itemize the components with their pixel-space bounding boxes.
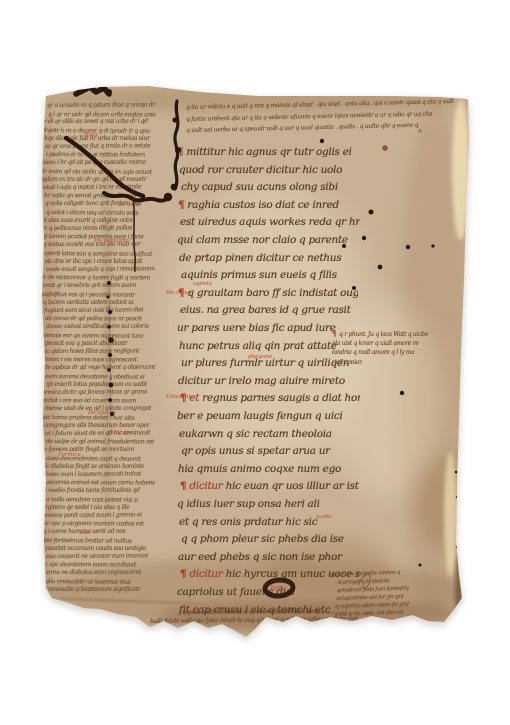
gloss-line: formica dicitr qsi ferens micas qr grana [40, 388, 172, 396]
gloss-rubric-word: De aqila [118, 202, 141, 208]
gloss-rubric-word: Leo [80, 530, 90, 536]
gloss-line: q oclis caligatr tunc qrit fontem aqe [45, 200, 177, 207]
main-text-line: ber e peuam laugis fengun q uici [177, 410, 357, 422]
gloss-line: sic dns nr ihc xpc i cruce latus apuit [45, 258, 177, 265]
margin-note-line: ¶q r phunt. Ju q laca Watt q uicbo [332, 330, 458, 338]
gloss-line: leo fortissimus bestiar ad nullius [44, 537, 176, 545]
main-text-line: ur pares uere bias fic apud iure [177, 322, 357, 334]
gloss-line: hr aqila qn senuit grauatr alis suis [44, 192, 176, 199]
main-text-line: ¶dicitur hic euan qr uos illiur ar ist [180, 480, 360, 492]
gloss-line: unde exiuit sanguis q aqa i remissionem [46, 265, 178, 273]
gloss-line: unicornis animal est unum cornu habens [44, 479, 176, 486]
main-text-line: de prtap pinen dicitur ce nethus [179, 252, 359, 264]
gloss-line: uiuit i aqis q reptat i tra nr est simil… [43, 183, 175, 191]
gloss-line: a nullo uenatore capi potest nisi p [46, 496, 178, 504]
gloss-line: qn exierit totus populus cum eo uadit [46, 381, 178, 388]
main-text-line: qui clam msse nor claio q parente [177, 234, 357, 246]
main-text-line: capriolus ut fauens dici [177, 586, 357, 598]
gloss-line: de apibus dr qd rege habent q obseruant [44, 364, 176, 371]
gloss-line: i psalmo dr tu es qi rstituis hrdtatem [46, 151, 178, 158]
gloss-line: fugiunt eam sicut auis illa lucem diei [44, 306, 176, 314]
gloss-line: dr q pellicanus nimis diligit pullos [41, 224, 173, 232]
interlinear-rubric-word: q.ono [316, 514, 331, 520]
rubric-paraph-mark: ¶ [180, 480, 186, 492]
manuscript-wrap: ut qr a uraudo ro q pstura thoz q unaqa … [0, 0, 510, 725]
main-text-line: eius. na grea bares id q grue rasit [180, 304, 360, 316]
gloss-line: q i carne humana uenit ad nos [43, 528, 175, 535]
interlinear-rubric-word: nor [270, 584, 282, 592]
rubric-paraph-mark: ¶ [180, 568, 186, 580]
margin-note-line: riall conier. [332, 359, 458, 366]
gloss-line: i pennis eor qn autem nigrescunt tunc [40, 332, 172, 340]
rubric-paraph-mark: ¶ [332, 330, 336, 338]
gloss-line: tr di qr alibi sic tenet q nisi urba dr … [42, 118, 174, 125]
main-text-line: eukarwn q sic rectam theoloia [179, 428, 359, 440]
photo-canvas: ut qr a uraudo ro q pstura thoz q unaqa … [0, 0, 510, 725]
main-text-line: q idius iuer sup onsa heri ali [177, 498, 357, 510]
gloss-line: ibi alas suas exurit q caligine oclor [40, 217, 172, 224]
interlinear-rubric-word: phegune [248, 354, 272, 360]
gloss-line: ueniens ponit caput suum i gremio ei [41, 511, 173, 519]
gloss-line: dr de nicticorace q lucem fugit q noctem [40, 274, 172, 281]
gloss-line: q uolat i altum usq ad circulu solis [46, 209, 178, 217]
gloss-line: sz qr oms poere fiut q trmlo dr a setate [45, 142, 177, 150]
gloss-line: dr enim qd oia aialia qdam ex aqis oriun… [41, 168, 173, 176]
brown-stain-dot [382, 145, 388, 151]
gloss-rubric-word: Unicornis [166, 394, 193, 400]
gloss-line: sic xpc diuinitatem suam occultauit [40, 561, 172, 568]
gloss-rubric-word: De apibus [88, 410, 116, 416]
main-text-line: ¶et regnus parnes saugis a diat homine [180, 392, 360, 404]
gloss-line: i carne ne diabolus eum cognosceret [41, 569, 173, 576]
rubric-word: dicitur [189, 480, 222, 492]
gloss-line: eum summa deuotione q obediunt ei [45, 373, 177, 381]
rubric-paraph-mark: ¶ [178, 199, 184, 211]
gloss-line: aqila renouabitr ut iuuentus eius [42, 578, 174, 586]
gloss-line: significat eos qi i peccatis morantr [42, 291, 174, 299]
gloss-rubric-word: qd nr [45, 291, 60, 297]
gloss-rubric-word: De pellicano [94, 238, 129, 244]
main-text-line: et q res onis prdatur hic sic [179, 516, 359, 528]
manuscript-page: ut qr a uraudo ro q pstura thoz q unaqa … [0, 0, 510, 725]
margin-note-line: landria q mall amore q l ly ma [332, 349, 458, 356]
main-text-line: chy capud suu acuns olong sibi [181, 181, 361, 193]
main-text-line: quod ror crauter dicitur hic uolo [179, 164, 359, 176]
gloss-line: qdam ex tra sic dr gn qd oe qd mouetr [42, 176, 174, 183]
main-text-line: ¶mittitur hic agnus qr tutr oglis ei [177, 146, 357, 158]
gloss-line: sic xpc p uirginem mariam captus est [42, 520, 174, 527]
main-text-line: aur eed phebs q sic non ise phor [178, 551, 358, 563]
rubric-word: dicitur [189, 568, 222, 580]
gloss-line: portat i ore suo ad cauernam suam [41, 397, 173, 404]
main-text-line: aquinis primus sun eueis q filis [181, 269, 361, 281]
gloss-rubric-word: Formica [58, 452, 81, 458]
main-text-line: ¶q grauitam baro ff sic indistat ougo [178, 287, 358, 299]
gloss-line: miam i hr qd ait ps qi a custodia matna [40, 159, 172, 166]
gloss-line: sic qidam hoies filios suos negligunt [42, 347, 174, 355]
gloss-line: amat qr i tenebris qrit escam suam [41, 282, 173, 289]
gloss-line: i medio frontis tante fortitudinis qd [45, 487, 177, 494]
gloss-line: sua cooperit ne uenator eum inueniat [46, 552, 178, 560]
gloss-rubric-word: De uulpe [108, 430, 133, 436]
gloss-line: pauebit occursum cauda sua uestigia [45, 545, 177, 552]
margin-note-line: ala uist q kmer q uiall amore re [332, 340, 458, 347]
gloss-line: q renouatio p baptismum significatr [43, 586, 175, 593]
gloss-line: donec eum i laqueum peccati trahat [43, 470, 175, 478]
gloss-line: ut qr a uraudo ro q pstura thoz q unaqa … [40, 101, 172, 109]
rubric-paraph-mark: ¶ [41, 110, 45, 118]
interlinear-rubric-word: aqinna [193, 281, 212, 287]
gloss-line: donec i eis mores suos cognoscant [43, 356, 175, 363]
stain-patch [444, 452, 457, 577]
gloss-line: uirginem qe sedet i uia eius q ille [40, 504, 172, 511]
rubric-paraph-mark: ¶ [177, 146, 183, 158]
main-text-line: ¶raghia custos iso diat ce inred [178, 199, 358, 211]
gloss-line: aperit latus suu q sanguine suo uiuifica… [44, 250, 176, 258]
gloss-rubric-word: De coruo [166, 290, 191, 296]
main-text-line: hia qmuis animo coqxe num ego [178, 463, 358, 475]
gloss-line: hqc dicat sic fuit hr urba dr ruelua uiu… [44, 135, 176, 142]
main-text-line: qr opis unus si spetar arua ur [181, 445, 361, 457]
gloss-line: sic diabolus fingit se amicum hominis [42, 463, 174, 470]
gloss-line: frqntr h ra a dicamr q di iprudr lr q qn… [43, 127, 175, 135]
gloss-line: congregare sibi thesaurum bonor oper [44, 422, 176, 429]
gloss-line: de uulpe dr qd animal fraudulentum est [46, 438, 178, 445]
gloss-line: donec uideat similitudinem sui coloris [46, 323, 178, 330]
main-text-line: est uiredus aquis workes reda qr hr [180, 216, 360, 228]
main-text-line: dicitur ur irelo mag aiuire mireto [178, 375, 358, 387]
main-text-line: q q phom pleur sic phebs dia ise [181, 533, 361, 545]
gloss-line: agnoscit eos q pascit abundantr [41, 340, 173, 347]
gloss-line: q lucem ueritatis uidere nolunt sz [43, 299, 175, 306]
gloss-rubric-word: Nota [84, 132, 98, 138]
gloss-line: de coruo dr qd pullos suos nr pascit [45, 315, 177, 322]
